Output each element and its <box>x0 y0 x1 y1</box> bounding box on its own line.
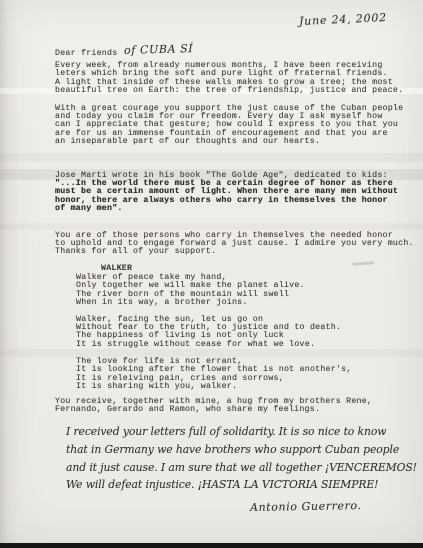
letter-date: June 24, 2002 <box>299 11 387 28</box>
salutation: Dear friendsof CUBA SÍ <box>55 42 194 60</box>
poem-stanza-1: Walker of peace take my hand, Only toget… <box>76 274 305 308</box>
poem-line: When in its way, a brother joins. <box>76 299 305 307</box>
scanned-letter-page: June 24, 2002 Dear friendsof CUBA SÍ Eve… <box>0 0 423 548</box>
poem-line: It is sharing with you, walker. <box>76 383 352 391</box>
pencil-smudge <box>352 261 374 266</box>
paragraph-needed-honor: You are of those persons who carry in th… <box>55 232 414 257</box>
marti-quote-line: of many men". <box>55 205 398 213</box>
scan-edge-bar <box>0 543 423 548</box>
handwritten-line: I received your letters full of solidari… <box>66 423 417 441</box>
poem-stanza-2: Walker, facing the sun, let us go on Wit… <box>76 316 341 350</box>
letter-line: Thanks for all of your support. <box>55 248 414 256</box>
signature: Antonio Guerrero. <box>250 499 362 514</box>
handwritten-line: that in Germany we have brothers who sup… <box>66 441 417 459</box>
marti-quote-block: Jose Marti wrote in his book "The Golde … <box>55 172 398 214</box>
scan-streak <box>0 223 423 230</box>
poem-stanza-3: The love for life is not errant, It is l… <box>76 358 352 392</box>
paragraph-receiving-letters: Every week, from already numerous months… <box>55 62 403 96</box>
handwritten-line: We will defeat injustice. ¡HASTA LA VICT… <box>66 476 417 494</box>
handwritten-line: and it just cause. I am sure that we all… <box>66 459 417 477</box>
paragraph-courage-support: With a great courage you support the jus… <box>55 105 403 147</box>
handwritten-note: I received your letters full of solidari… <box>66 423 417 494</box>
salutation-handwritten: of CUBA SÍ <box>124 42 194 57</box>
letter-line: an inseparable part of our thoughts and … <box>55 138 403 146</box>
letter-line: beautiful tree on Earth: the tree of fri… <box>55 87 403 95</box>
scan-streak <box>0 153 423 162</box>
salutation-typed: Dear friends <box>55 49 117 58</box>
poem-line: It is struggle without cease for what we… <box>76 341 341 349</box>
poem-title: WALKER <box>101 265 132 273</box>
scan-streak <box>0 349 423 357</box>
paragraph-hug-brothers: You receive, together with mine, a hug f… <box>55 398 372 415</box>
letter-line: Fernando, Gerardo and Ramon, who share m… <box>55 406 372 414</box>
